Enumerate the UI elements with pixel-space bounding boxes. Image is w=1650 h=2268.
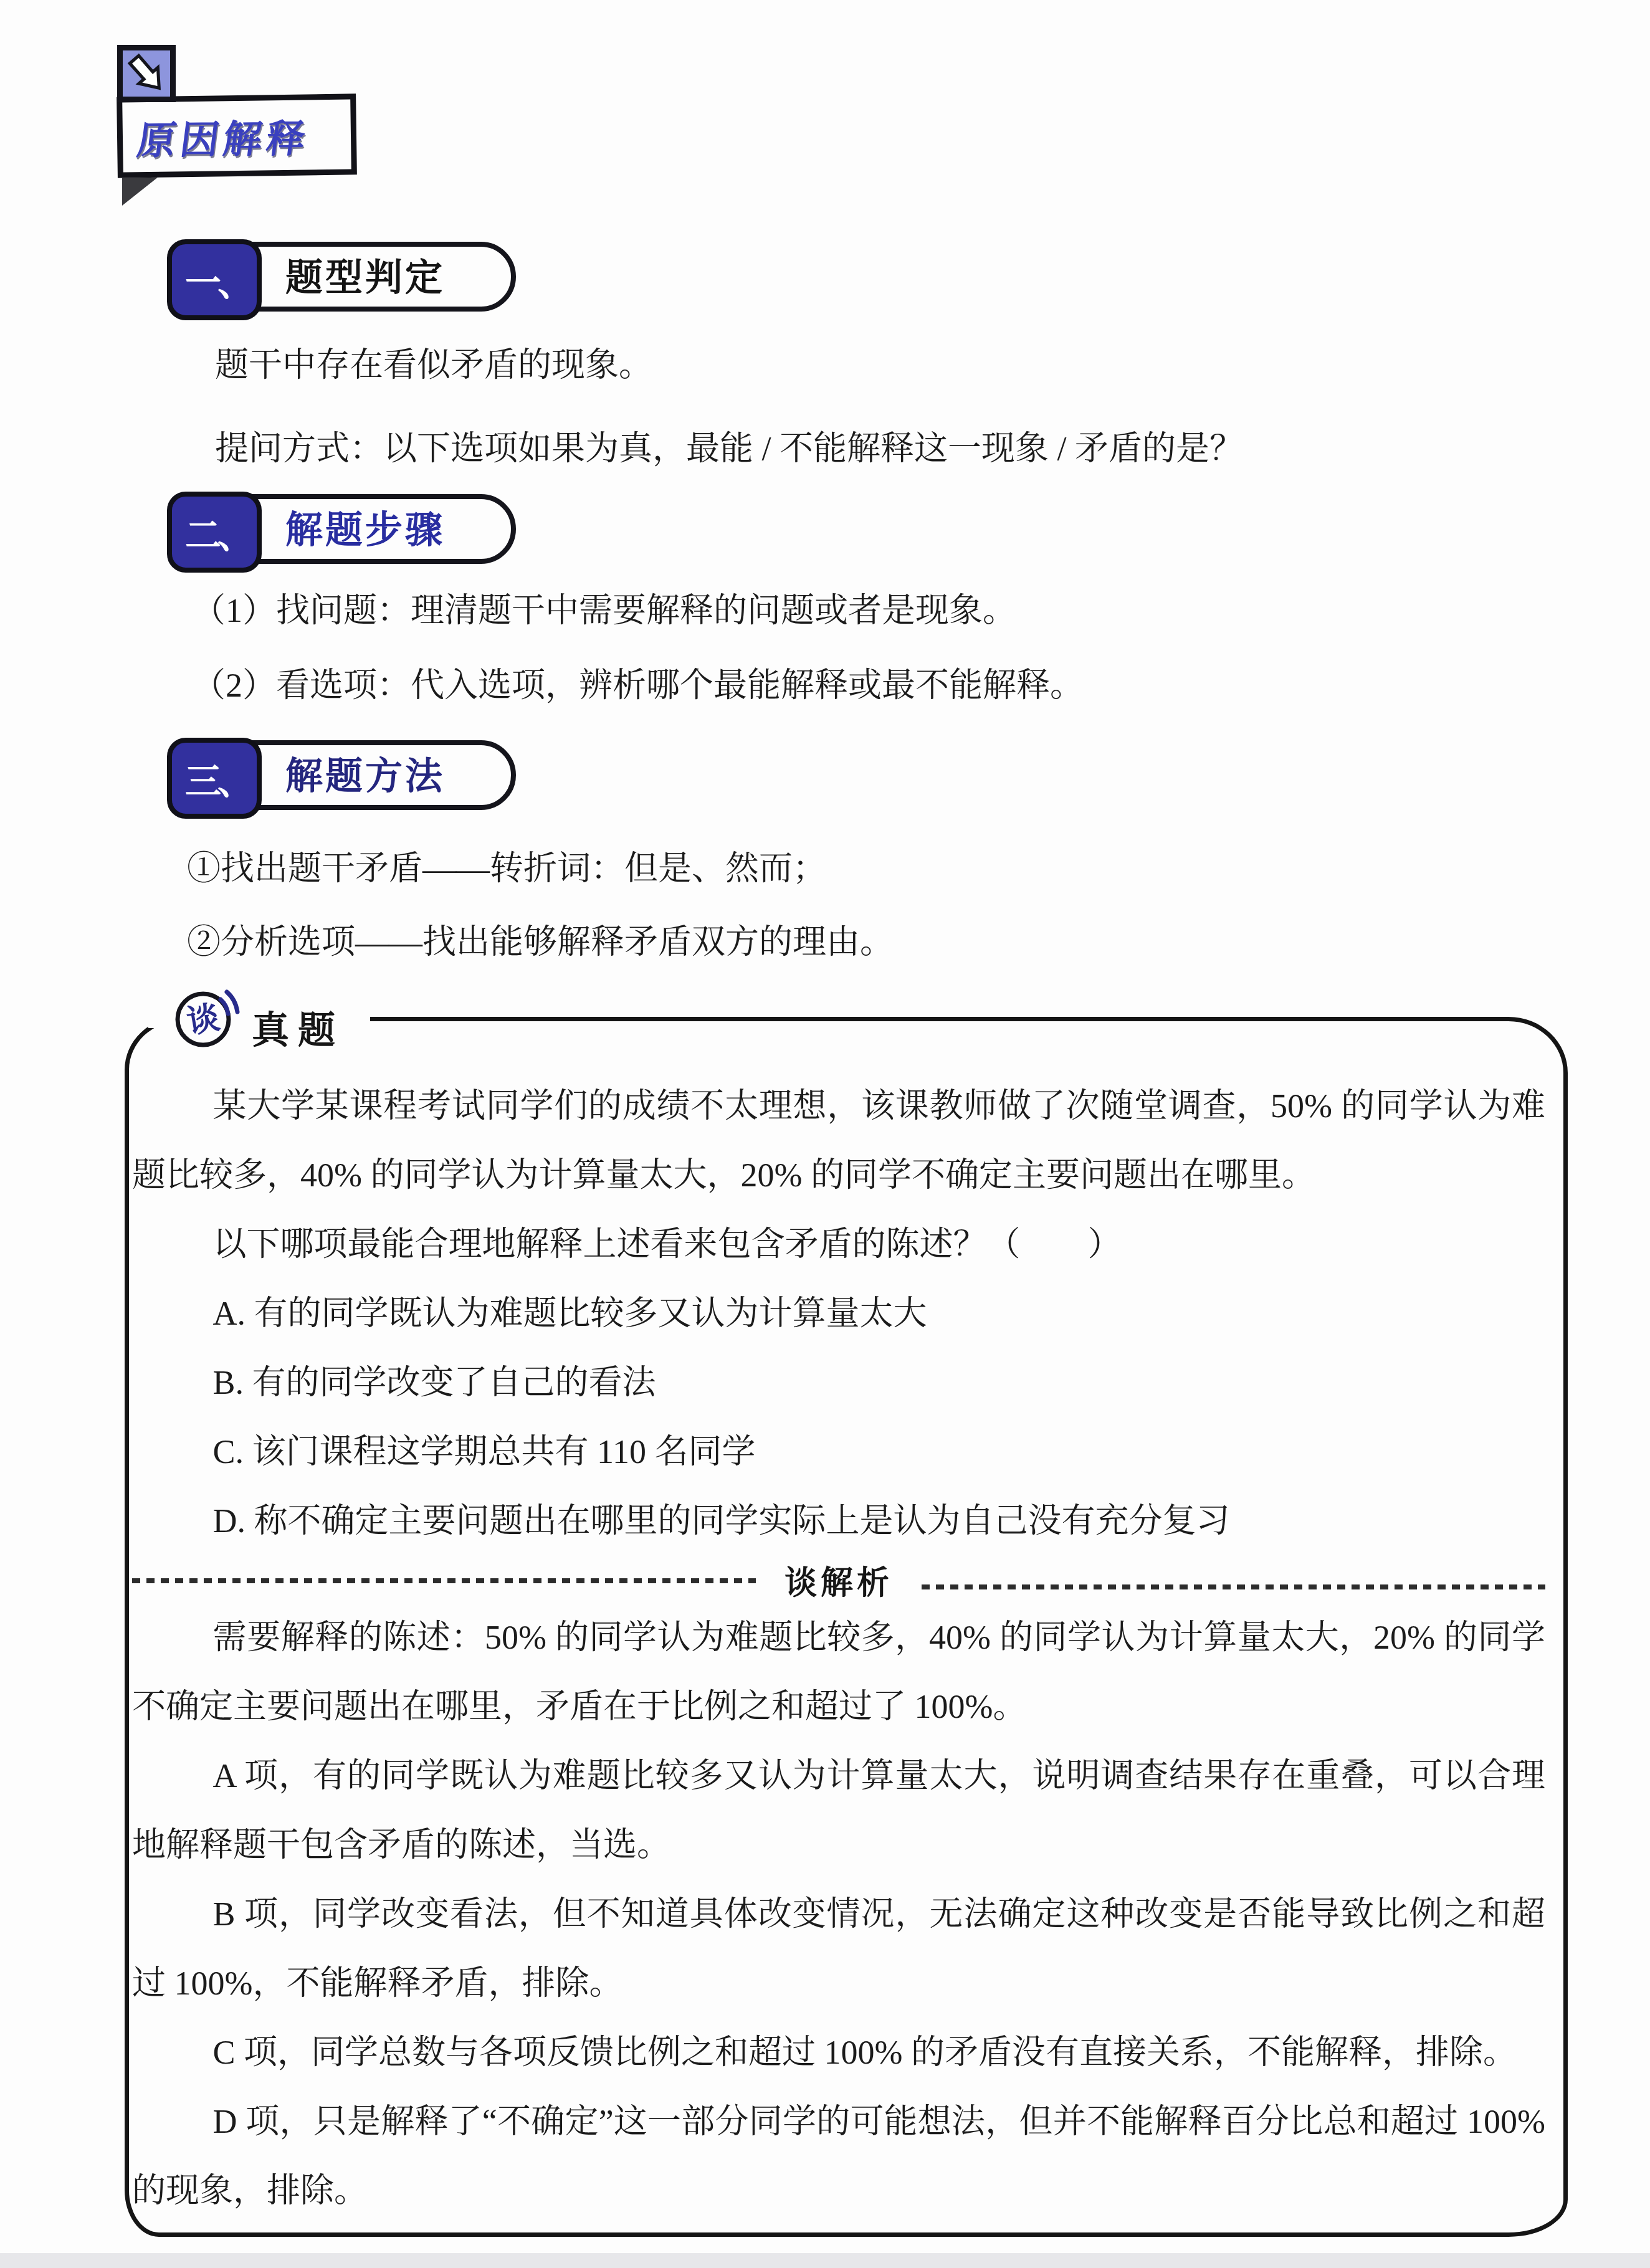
section-3-line-1: ①找出题干矛盾——转折词：但是、然而； — [187, 850, 826, 887]
divider-dash-left — [132, 1578, 756, 1583]
section-1-title: 题型判定 — [285, 248, 445, 302]
analysis-divider: 谈解析 — [132, 1562, 1545, 1597]
page-bottom-edge — [0, 2253, 1650, 2268]
textbook-page: { "page": { "title": "原因解释" }, "colors":… — [0, 0, 1650, 2268]
section-2-number-badge: 二、 — [167, 492, 262, 573]
option-a: A. 有的同学既认为难题比较多又认为计算量太大 — [132, 1279, 1545, 1348]
question-stem: 某大学某课程考试同学们的成绩不太理想，该课教师做了次随堂调查，50% 的同学认为… — [132, 1072, 1545, 1210]
analysis-option-d: D 项，只是解释了“不确定”这一部分同学的可能想法，但并不能解释百分比总和超过 … — [132, 2087, 1545, 2226]
option-b: B. 有的同学改变了自己的看法 — [132, 1348, 1545, 1417]
option-c: C. 该门课程这学期总共有 110 名同学 — [132, 1417, 1545, 1487]
question-prompt: 以下哪项最能合理地解释上述看来包含矛盾的陈述？（ ） — [132, 1210, 1545, 1279]
section-header-2: 二、 解题步骤 — [168, 494, 516, 564]
option-d: D. 称不确定主要问题出在哪里的同学实际上是认为自己没有充分复习 — [132, 1487, 1545, 1556]
section-3-line-2: ②分析选项——找出能够解释矛盾双方的理由。 — [187, 923, 894, 961]
chapter-title-banner: 原因解释 — [117, 93, 357, 178]
section-1-line-2: 提问方式：以下选项如果为真，最能 / 不能解释这一现象 / 矛盾的是？ — [215, 430, 1243, 467]
section-3-number-badge: 三、 — [167, 738, 262, 819]
section-2-line-1: （1）找问题：理清题干中需要解释的问题或者是现象。 — [192, 592, 1016, 629]
arrow-glyph — [123, 50, 170, 97]
analysis-intro: 需要解释的陈述：50% 的同学认为难题比较多，40% 的同学认为计算量太大，20… — [132, 1603, 1545, 1741]
section-header-3: 三、 解题方法 — [168, 740, 516, 810]
section-2-title: 解题步骤 — [285, 500, 445, 554]
svg-text:谈: 谈 — [184, 1000, 222, 1041]
analysis-option-c: C 项，同学总数与各项反馈比例之和超过 100% 的矛盾没有直接关系，不能解释，… — [132, 2018, 1545, 2087]
banner-fold-corner — [122, 177, 158, 206]
section-1-number-badge: 一、 — [167, 239, 262, 320]
arrow-down-right-icon — [117, 45, 176, 102]
section-2-line-2: （2）看选项：代入选项，辨析哪个最能解释或最不能解释。 — [192, 667, 1084, 704]
divider-dash-right — [922, 1584, 1545, 1589]
exercise-label: 真题 — [252, 1001, 344, 1054]
analysis-option-a: A 项，有的同学既认为难题比较多又认为计算量太大，说明调查结果存在重叠，可以合理… — [132, 1741, 1545, 1880]
chapter-title: 原因解释 — [134, 107, 313, 165]
analysis-label: 谈解析 — [784, 1556, 893, 1603]
section-1-line-1: 题干中存在看似矛盾的现象。 — [215, 346, 652, 384]
analysis-option-b: B 项，同学改变看法，但不知道具体改变情况，无法确定这种改变是否能导致比例之和超… — [132, 1880, 1545, 2018]
tan-speech-icon-glyph: 谈 — [174, 987, 236, 1048]
section-header-1: 一、 题型判定 — [168, 242, 516, 312]
section-3-title: 解题方法 — [285, 746, 445, 800]
tan-speech-icon: 谈 — [174, 987, 236, 1048]
exercise-content: 某大学某课程考试同学们的成绩不太理想，该课教师做了次随堂调查，50% 的同学认为… — [132, 1054, 1545, 2226]
